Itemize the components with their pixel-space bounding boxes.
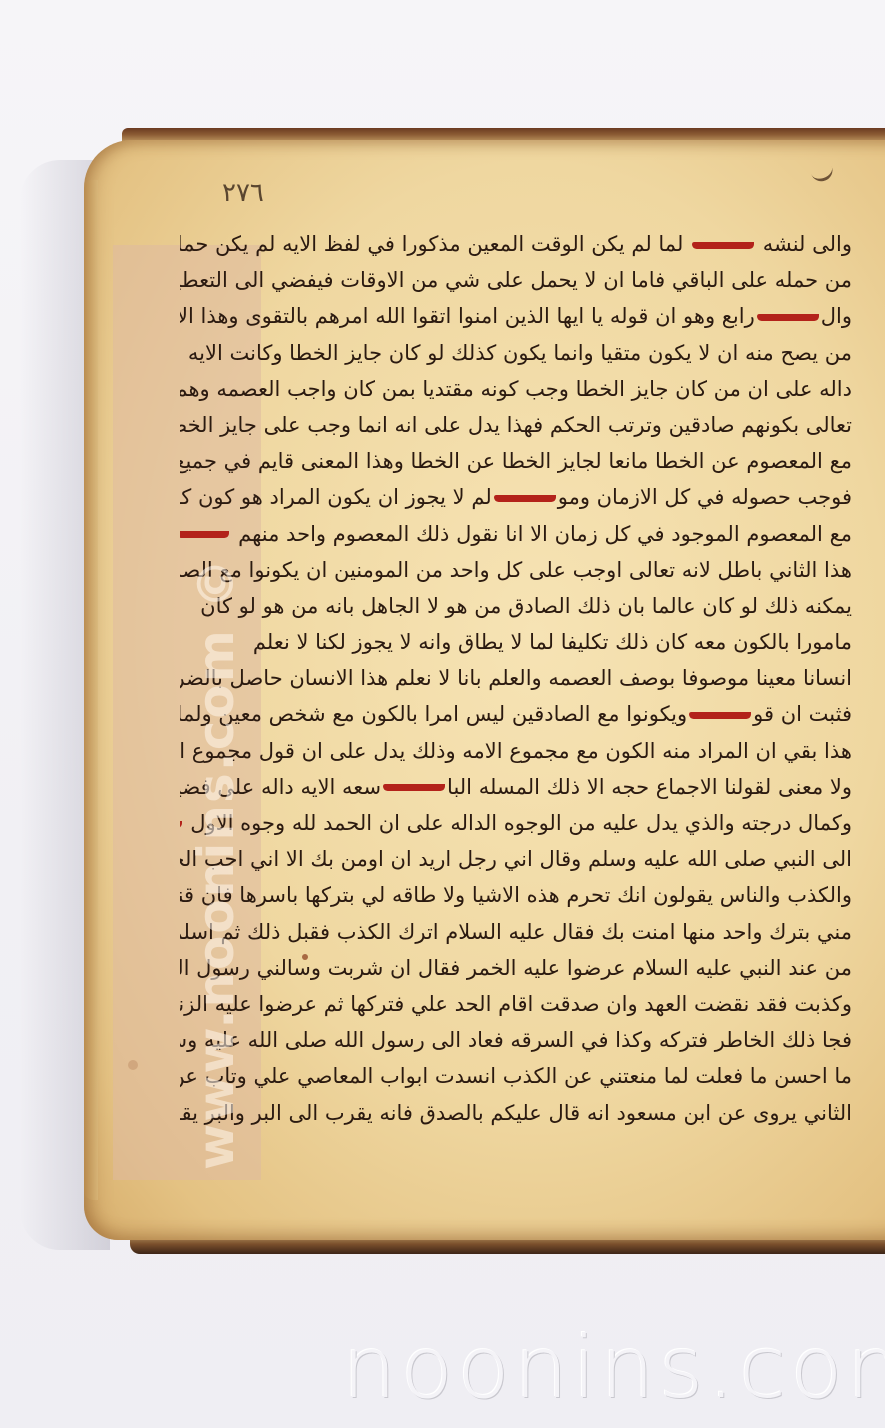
rubric-mark [180,531,229,538]
manuscript-line: وكمال درجته والذي يدل عليه من الوجوه الد… [180,805,852,841]
manuscript-line: هذا بقي ان المراد منه الكون مع مجموع الا… [180,733,852,769]
line-text: داله على ان من كان جايز الخطا وجب كونه م… [180,377,852,401]
line-text: ولا معنى لقولنا الاجماع حجه الا ذلك المس… [447,775,852,799]
manuscript-line: انسانا معينا موصوفا بوصف العصمه والعلم ب… [180,660,852,696]
manuscript-line: الى النبي صلى الله عليه وسلم وقال اني رج… [180,841,852,877]
line-text: ما احسن ما فعلت لما منعتني عن الكذب انسد… [180,1064,852,1088]
line-text: هذا الثاني باطل لانه تعالى اوجب على كل و… [180,558,852,582]
manuscript-line: يمكنه ذلك لو كان عالما بان ذلك الصادق من… [180,588,852,624]
line-text: من عند النبي عليه السلام عرضوا عليه الخم… [180,956,852,980]
line-text: وكمال درجته والذي يدل عليه من الوجوه الد… [184,811,852,835]
watermark-bottom: noonins.com [342,1318,885,1418]
line-text: وكذبت فقد نقضت العهد وان صدقت اقام الحد … [180,992,852,1016]
manuscript-line: داله على ان من كان جايز الخطا وجب كونه م… [180,371,852,407]
line-text: يمكنه ذلك لو كان عالما بان ذلك الصادق من… [200,594,852,618]
line-text: الثاني يروى عن ابن مسعود انه قال عليكم ب… [180,1101,852,1125]
line-text-continued: لما لم يكن الوقت المعين مذكورا في لفظ ال… [180,232,690,256]
manuscript-line: مني بترك واحد منها امنت بك فقال عليه الس… [180,914,852,950]
manuscript-line: مامورا بالكون معه كان ذلك تكليفا لما لا … [180,624,852,660]
manuscript-line: والى لنشه لما لم يكن الوقت المعين مذكورا… [180,226,852,262]
manuscript-line: والرابع وهو ان قوله يا ايها الذين امنوا … [180,298,852,334]
line-text: مع المعصوم عن الخطا مانعا لجايز الخطا عن… [180,449,852,473]
page-left-edge [84,180,98,1200]
rubric-mark [383,784,445,791]
line-text: هذا بقي ان المراد منه الكون مع مجموع الا… [180,739,852,763]
line-text: مني بترك واحد منها امنت بك فقال عليه الس… [180,920,852,944]
rubric-mark [494,495,556,502]
line-text: والكذب والناس يقولون انك تحرم هذه الاشيا… [180,883,852,907]
line-text: من حمله على الباقي فاما ان لا يحمل على ش… [180,268,852,292]
line-text: تعالى بكونهم صادقين وترتب الحكم فهذا يدل… [180,413,852,437]
line-text: الى النبي صلى الله عليه وسلم وقال اني رج… [180,847,852,871]
rubric-mark [180,821,182,828]
watermark-vertical: www.noonins.com © [187,557,245,1170]
manuscript-text: والى لنشه لما لم يكن الوقت المعين مذكورا… [180,226,852,1131]
line-text: مامورا بالكون معه كان ذلك تكليفا لما لا … [253,630,852,654]
rubric-mark [757,314,819,321]
line-text: من يصح منه ان لا يكون متقيا وانما يكون ك… [188,341,852,365]
manuscript-line: مع المعصوم الموجود في كل زمان الا انا نق… [180,516,852,552]
line-text: فوجب حصوله في كل الازمان ومو [558,485,852,509]
line-text-continued: ويكونوا مع الصادقين ليس امرا بالكون مع ش… [180,702,687,726]
folio-number: ٢٧٦ [222,178,264,208]
manuscript-line: فجا ذلك الخاطر فتركه وكذا في السرقه فعاد… [180,1022,852,1058]
manuscript-line: تعالى بكونهم صادقين وترتب الحكم فهذا يدل… [180,407,852,443]
line-text: وال [821,304,852,328]
line-text-continued: لم لا يجوز ان يكون المراد هو كون كل واحد… [180,485,492,509]
line-text: والى لنشه [756,232,852,256]
manuscript-line: الثاني يروى عن ابن مسعود انه قال عليكم ب… [180,1095,852,1131]
line-text: انسانا معينا موصوفا بوصف العصمه والعلم ب… [180,666,852,690]
manuscript-line: من حمله على الباقي فاما ان لا يحمل على ش… [180,262,852,298]
manuscript-line: وكذبت فقد نقضت العهد وان صدقت اقام الحد … [180,986,852,1022]
manuscript-line: ولا معنى لقولنا الاجماع حجه الا ذلك المس… [180,769,852,805]
manuscript-line: والكذب والناس يقولون انك تحرم هذه الاشيا… [180,877,852,913]
line-text: مع المعصوم الموجود في كل زمان الا انا نق… [231,522,852,546]
rubric-mark [689,712,751,719]
manuscript-line: ما احسن ما فعلت لما منعتني عن الكذب انسد… [180,1058,852,1094]
manuscript-line: فثبت ان قوويكونوا مع الصادقين ليس امرا ب… [180,696,852,732]
rubric-mark [692,242,754,249]
manuscript-line: هذا الثاني باطل لانه تعالى اوجب على كل و… [180,552,852,588]
manuscript-line: من عند النبي عليه السلام عرضوا عليه الخم… [180,950,852,986]
manuscript-line: مع المعصوم عن الخطا مانعا لجايز الخطا عن… [180,443,852,479]
line-text: فثبت ان قو [753,702,852,726]
manuscript-line: من يصح منه ان لا يكون متقيا وانما يكون ك… [180,335,852,371]
manuscript-line: فوجب حصوله في كل الازمان ومولم لا يجوز ا… [180,479,852,515]
line-text: فجا ذلك الخاطر فتركه وكذا في السرقه فعاد… [180,1028,852,1052]
line-text-continued: رابع وهو ان قوله يا ايها الذين امنوا اتق… [180,304,755,328]
